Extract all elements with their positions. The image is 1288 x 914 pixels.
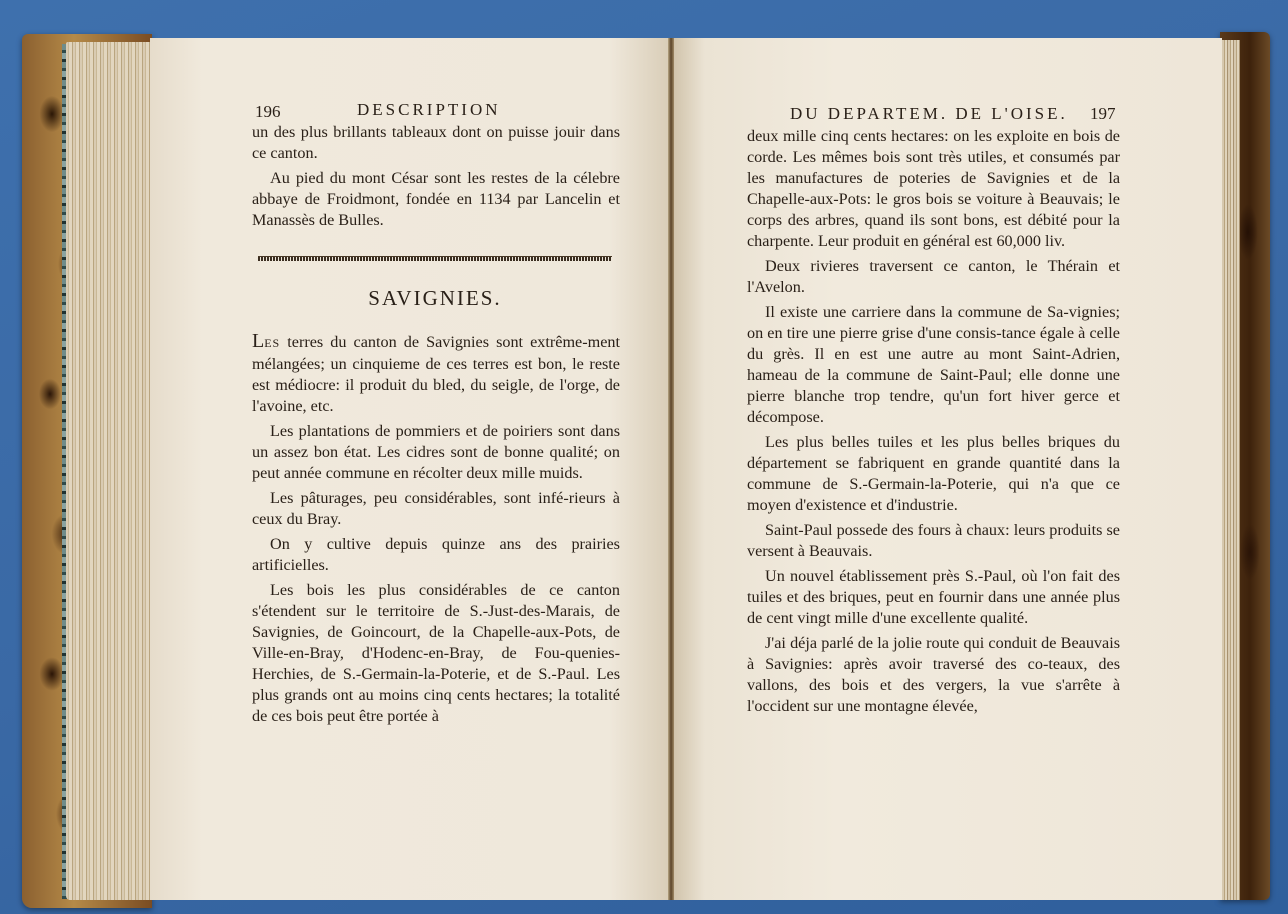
paragraph-route: J'ai déja parlé de la jolie route qui co…	[747, 633, 1120, 717]
paragraph-carriere: Il existe une carriere dans la commune d…	[747, 302, 1120, 428]
paragraph-prairies: On y cultive depuis quinze ans des prair…	[252, 534, 620, 576]
left-text-top: un des plus brillants tableaux dont on p…	[252, 122, 620, 231]
left-text-body: LES terres du canton de Savignies sont e…	[252, 331, 620, 727]
paragraph-continuation: un des plus brillants tableaux dont on p…	[252, 122, 620, 164]
book-gutter	[668, 38, 674, 900]
section-divider-rule	[258, 256, 612, 261]
paragraph-bois: Les bois les plus considérables de ce ca…	[252, 580, 620, 727]
paragraph-rivieres: Deux rivieres traversent ce canton, le T…	[747, 256, 1120, 298]
paragraph-paturages: Les pâturages, peu considérables, sont i…	[252, 488, 620, 530]
right-page-number: 197	[1090, 104, 1116, 124]
left-page-edges	[66, 42, 156, 900]
paragraph-tuiles: Les plus belles tuiles et les plus belle…	[747, 432, 1120, 516]
paragraph-terres: LES terres du canton de Savignies sont e…	[252, 331, 620, 417]
drop-cap: L	[252, 330, 264, 352]
paragraph-abbaye: Au pied du mont César sont les restes de…	[252, 168, 620, 231]
paragraph-plantations: Les plantations de pommiers et de poirie…	[252, 421, 620, 484]
left-page-number: 196	[255, 102, 281, 122]
paragraph-continuation: deux mille cinq cents hectares: on les e…	[747, 126, 1120, 252]
section-title: SAVIGNIES.	[250, 286, 620, 311]
left-running-head: DESCRIPTION	[357, 100, 501, 120]
right-text-body: deux mille cinq cents hectares: on les e…	[747, 126, 1120, 717]
right-running-head: DU DEPARTEM. DE L'OISE.	[790, 104, 1068, 124]
paragraph-chaux: Saint-Paul possede des fours à chaux: le…	[747, 520, 1120, 562]
paragraph-etablissement: Un nouvel établissement près S.-Paul, où…	[747, 566, 1120, 629]
